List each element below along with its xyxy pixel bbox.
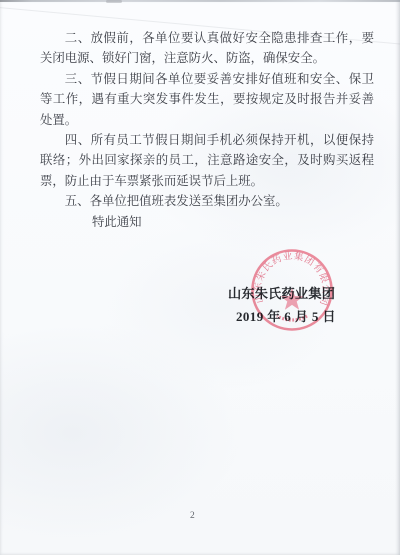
star-icon xyxy=(281,288,304,310)
scan-right-edge xyxy=(395,0,400,555)
notice-paragraph: 三、节假日期间各单位要妥善安排好值班和安全、保卫等工作，遇有重大突发事件发生，要… xyxy=(40,69,374,130)
notice-body: 二、放假前，各单位要认真做好安全隐患排查工作，要关闭电源、锁好门窗，注意防火、防… xyxy=(40,28,374,232)
notice-paragraph: 四、所有员工节假日期间手机必须保持开机，以便保持联络；外出回家探亲的员工，注意路… xyxy=(40,130,374,191)
page-number: 2 xyxy=(190,511,195,521)
notice-paragraph: 二、放假前，各单位要认真做好安全隐患排查工作，要关闭电源、锁好门窗，注意防火、防… xyxy=(40,28,374,69)
scanned-notice-page: 二、放假前，各单位要认真做好安全隐患排查工作，要关闭电源、锁好门窗，注意防火、防… xyxy=(0,0,400,555)
notice-paragraph: 五、各单位把值班表发送至集团办公室。 xyxy=(40,191,374,211)
closing-note: 特此通知 xyxy=(40,212,374,232)
scan-top-edge xyxy=(0,0,400,2)
company-seal: 山东朱氏药业集团有限公司 xyxy=(248,247,336,335)
seal-serial-marks xyxy=(277,316,307,320)
